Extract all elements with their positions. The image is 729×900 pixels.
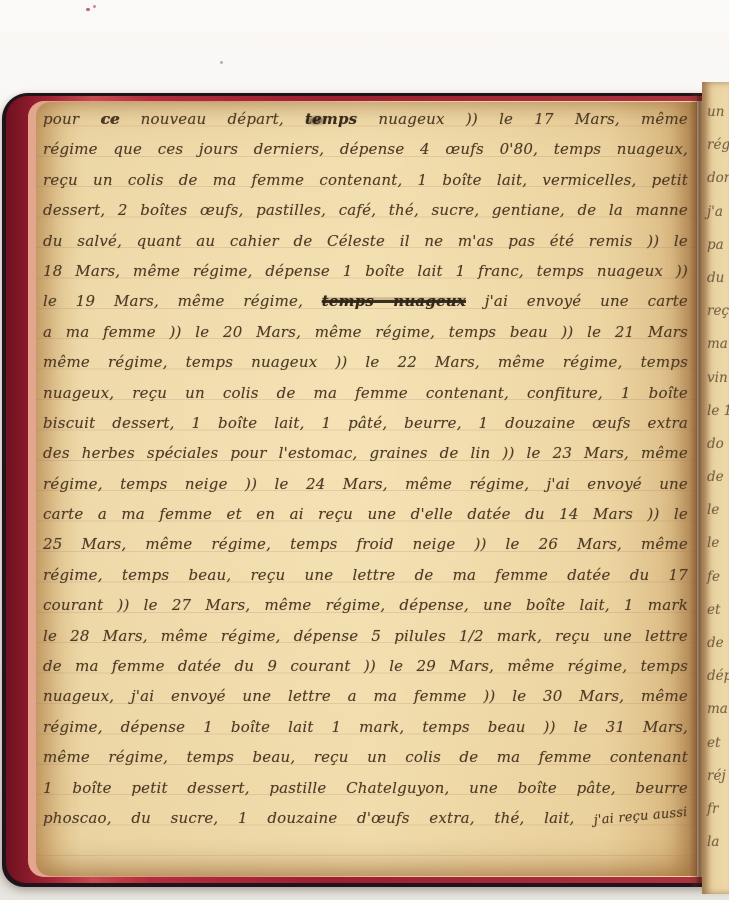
handwriting-line: nuageux, reçu un colis de ma femme conte… <box>43 378 688 408</box>
dust-speck <box>93 5 96 8</box>
handwriting-segment: 1 boîte petit dessert, pastille Chatelgu… <box>43 779 688 797</box>
handwriting-segment-rising: j'ai reçu aussi <box>593 798 689 836</box>
handwriting-segment-struck: temps nuageux <box>322 292 466 310</box>
handwriting-segment: courant )) le 27 Mars, même régime, dépe… <box>43 596 688 614</box>
handwriting-segment: même régime, temps beau, reçu un colis d… <box>43 748 688 766</box>
next-page-fragment: la <box>702 826 729 859</box>
handwriting-line: phoscao, du sucre, 1 douzaine d'œufs ext… <box>43 803 688 833</box>
next-page-fragment: de <box>702 627 729 660</box>
handwriting-segment: phoscao, du sucre, 1 douzaine d'œufs ext… <box>43 809 594 827</box>
handwriting-line: 25 Mars, même régime, temps froid neige … <box>43 529 688 559</box>
handwriting-line: des herbes spéciales pour l'estomac, gra… <box>43 438 688 468</box>
next-page-fragment: et <box>702 594 729 627</box>
handwriting-segment: régime que ces jours derniers, dépense 4… <box>43 140 688 158</box>
handwriting-segment: 25 Mars, même régime, temps froid neige … <box>43 535 688 553</box>
handwriting-segment-overwritten: ce <box>100 110 119 128</box>
handwriting-line: 18 Mars, même régime, dépense 1 boîte la… <box>43 256 688 286</box>
handwriting-segment: nuageux, reçu un colis de ma femme conte… <box>43 384 688 402</box>
next-page-fragment: don <box>702 162 729 195</box>
handwriting-line: pour ce nouveau départ, temps nuageux ))… <box>43 104 688 134</box>
next-page-fragment: le 1 <box>702 395 729 428</box>
handwriting-segment: biscuit dessert, 1 boîte lait, 1 pâté, b… <box>43 414 688 432</box>
handwriting-line: même régime, temps beau, reçu un colis d… <box>43 742 688 772</box>
next-page-fragment: réj <box>702 760 729 793</box>
handwriting-line: régime, temps beau, reçu une lettre de m… <box>43 560 688 590</box>
next-page-fragment: reç <box>702 295 729 328</box>
handwriting-segment: 18 Mars, même régime, dépense 1 boîte la… <box>43 262 688 280</box>
handwriting-segment: même régime, temps nuageux )) le 22 Mars… <box>43 353 688 371</box>
handwriting-line: nuageux, j'ai envoyé une lettre a ma fem… <box>43 681 688 711</box>
handwriting-line: le 19 Mars, même régime, temps nuageux j… <box>43 286 688 316</box>
next-page-fragment: ma <box>702 693 729 726</box>
handwriting-segment: régime, temps neige )) le 24 Mars, même … <box>43 475 688 493</box>
next-page-fragment: le <box>702 527 729 560</box>
handwriting-segment-blotted: temps <box>305 110 357 128</box>
next-page-fragment: fe <box>702 561 729 594</box>
handwriting-line: régime, dépense 1 boîte lait 1 mark, tem… <box>43 712 688 742</box>
handwriting-line: régime que ces jours derniers, dépense 4… <box>43 134 688 164</box>
handwriting-segment: nouveau départ, <box>119 110 305 128</box>
next-page-fragment: j'a <box>702 196 729 229</box>
next-page-sliver: unrégidonj'apadureçmavinle 1dodelelefeet… <box>702 82 729 894</box>
handwriting-line: reçu un colis de ma femme contenant, 1 b… <box>43 165 688 195</box>
next-page-fragment: dép <box>702 660 729 693</box>
handwriting-segment: nuageux, j'ai envoyé une lettre a ma fem… <box>43 687 688 705</box>
handwriting-segment: pour <box>43 110 100 128</box>
handwriting-segment: reçu un colis de ma femme contenant, 1 b… <box>43 171 688 189</box>
handwriting-segment: régime, temps beau, reçu une lettre de m… <box>43 566 688 584</box>
handwriting-segment: régime, dépense 1 boîte lait 1 mark, tem… <box>43 718 688 736</box>
handwriting-segment: le 19 Mars, même régime, <box>43 292 322 310</box>
handwriting-line: dessert, 2 boîtes œufs, pastilles, café,… <box>43 195 688 225</box>
handwriting-segment: nuageux )) le 17 Mars, même <box>357 110 688 128</box>
next-page-fragment: et <box>702 727 729 760</box>
handwriting-line: a ma femme )) le 20 Mars, même régime, t… <box>43 317 688 347</box>
dust-speck <box>86 8 90 11</box>
next-page-fragment: fr <box>702 793 729 826</box>
handwriting-lines: pour ce nouveau départ, temps nuageux ))… <box>43 102 688 833</box>
handwriting-segment: le 28 Mars, même régime, dépense 5 pilul… <box>43 627 688 645</box>
next-page-fragment: do <box>702 428 729 461</box>
scanned-notebook-photo: pour ce nouveau départ, temps nuageux ))… <box>0 0 729 900</box>
diary-page: pour ce nouveau départ, temps nuageux ))… <box>36 102 697 876</box>
handwriting-line: du salvé, quant au cahier de Céleste il … <box>43 226 688 256</box>
handwriting-line: même régime, temps nuageux )) le 22 Mars… <box>43 347 688 377</box>
handwriting-segment: a ma femme )) le 20 Mars, même régime, t… <box>43 323 688 341</box>
next-page-fragment: le <box>702 494 729 527</box>
next-page-fragment: de <box>702 461 729 494</box>
handwriting-segment: carte a ma femme et en ai reçu une d'ell… <box>43 505 688 523</box>
next-page-fragment: ma <box>702 328 729 361</box>
handwriting-segment: j'ai envoyé une carte <box>466 292 688 310</box>
handwriting-line: carte a ma femme et en ai reçu une d'ell… <box>43 499 688 529</box>
handwriting-line: courant )) le 27 Mars, même régime, dépe… <box>43 590 688 620</box>
handwriting-line: 1 boîte petit dessert, pastille Chatelgu… <box>43 773 688 803</box>
next-page-fragment: régi <box>702 129 729 162</box>
handwriting-line: le 28 Mars, même régime, dépense 5 pilul… <box>43 621 688 651</box>
handwriting-segment: de ma femme datée du 9 courant )) le 29 … <box>43 657 688 675</box>
next-page-fragment: un <box>702 96 729 129</box>
handwriting-segment: du salvé, quant au cahier de Céleste il … <box>43 232 688 250</box>
handwriting-line: régime, temps neige )) le 24 Mars, même … <box>43 469 688 499</box>
handwriting-segment: des herbes spéciales pour l'estomac, gra… <box>43 444 688 462</box>
handwriting-segment: dessert, 2 boîtes œufs, pastilles, café,… <box>43 201 688 219</box>
dust-speck <box>220 61 223 64</box>
next-page-fragment: pa <box>702 229 729 262</box>
next-page-fragments: unrégidonj'apadureçmavinle 1dodelelefeet… <box>702 82 729 859</box>
next-page-fragment: vin <box>702 362 729 395</box>
handwriting-line: biscuit dessert, 1 boîte lait, 1 pâté, b… <box>43 408 688 438</box>
handwriting-line: de ma femme datée du 9 courant )) le 29 … <box>43 651 688 681</box>
notebook: pour ce nouveau départ, temps nuageux ))… <box>2 93 729 887</box>
next-page-fragment: du <box>702 262 729 295</box>
